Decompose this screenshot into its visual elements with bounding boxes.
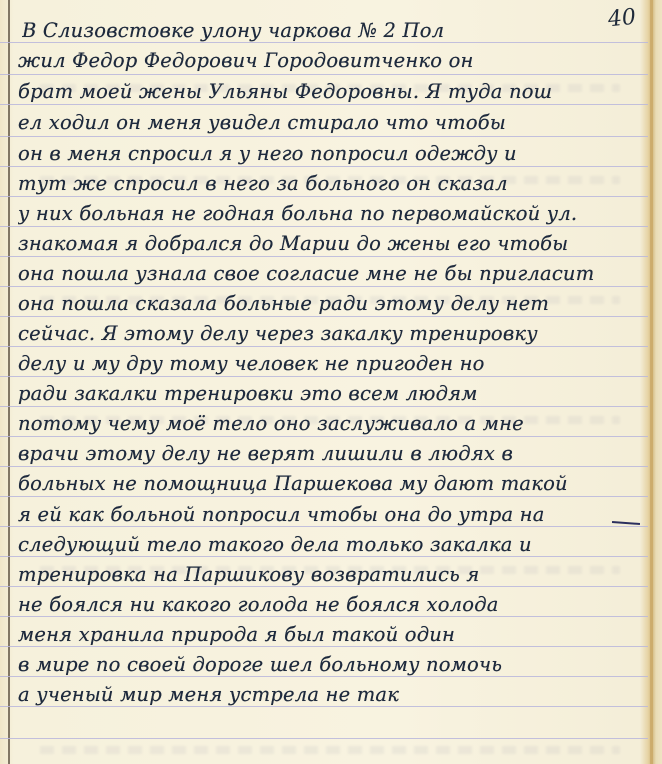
handwritten-line: больных не помощница Паршекова му дают т… [18, 469, 648, 499]
handwritten-line: брат моей жены Ульяны Федоровны. Я туда … [18, 77, 648, 107]
handwritten-line: сейчас. Я этому делу через закалку трени… [18, 319, 648, 349]
handwritten-line: знакомая я добрался до Марии до жены его… [18, 229, 648, 259]
handwritten-line: ел ходил он меня увидел стирало что чтоб… [18, 108, 648, 138]
handwritten-line: ради закалки тренировки это всем людям [18, 379, 648, 409]
handwritten-line: не боялся ни какого голода не боялся хол… [18, 590, 648, 620]
handwritten-line: следующий тело такого дела только закалк… [18, 530, 648, 560]
bleed-through-text [40, 746, 620, 754]
handwritten-line: жил Федор Федорович Городовитченко он [18, 46, 648, 76]
binding-edge [650, 0, 653, 764]
notebook-page: 40 В Слизовстовке улону чаркова № 2 Пол … [0, 0, 662, 764]
handwritten-line: я ей как больной попросил чтобы она до у… [18, 500, 648, 530]
handwritten-line [18, 710, 648, 740]
handwritten-line: она пошла узнала свое согласие мне не бы… [18, 259, 648, 289]
handwritten-line: меня хранила природа я был такой один [18, 620, 648, 650]
handwritten-line: у них больная не годная больна по первом… [18, 199, 648, 229]
handwritten-line: делу и му дру тому человек не пригоден н… [18, 349, 648, 379]
handwritten-line: а ученый мир меня устрела не так [18, 680, 648, 710]
handwritten-line: она пошла сказала больные ради этому дел… [18, 289, 648, 319]
handwritten-line: врачи этому делу не верят лишили в людях… [18, 439, 648, 469]
handwritten-line: в мире по своей дороге шел больному помо… [18, 650, 648, 680]
handwritten-line: он в меня спросил я у него попросил одеж… [18, 139, 648, 169]
handwritten-line: тут же спросил в него за больного он ска… [18, 169, 648, 199]
handwritten-line: тренировка на Паршикову возвратились я [18, 560, 648, 590]
handwritten-line: потому чему моё тело оно заслуживало а м… [18, 409, 648, 439]
handwritten-line: В Слизовстовке улону чаркова № 2 Пол [22, 16, 652, 46]
margin-line [8, 0, 10, 764]
